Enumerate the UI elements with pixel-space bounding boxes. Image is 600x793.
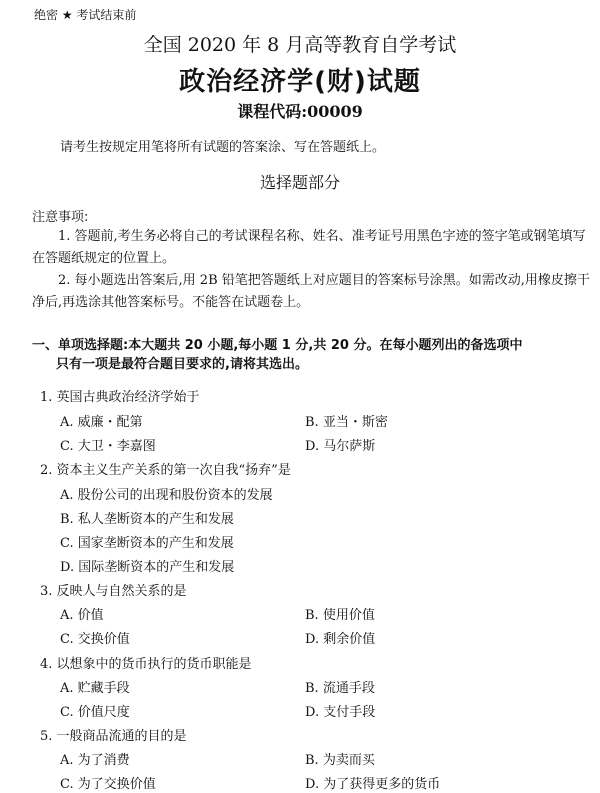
section-heading: 选择题部分 <box>0 170 600 193</box>
question-5-option-d: D. 为了获得更多的货币 <box>305 773 440 792</box>
note-item-2: 2. 每小题选出答案后,用 2B 铅笔把答题纸上对应题目的答案标号涂黑。如需改动… <box>32 270 592 314</box>
confidential-label: 绝密 ★ 考试结束前 <box>34 6 136 23</box>
question-3-option-d: D. 剩余价值 <box>305 628 375 647</box>
question-2-option-d: D. 国际垄断资本的产生和发展 <box>60 556 234 575</box>
question-4-option-c: C. 价值尺度 <box>60 701 130 720</box>
question-2-stem: 2. 资本主义生产关系的第一次自我“扬弃”是 <box>40 459 291 478</box>
question-4-option-b: B. 流通手段 <box>305 677 375 696</box>
question-4-option-d: D. 支付手段 <box>305 701 375 720</box>
course-code: 课程代码:00009 <box>0 99 600 122</box>
question-5-option-c: C. 为了交换价值 <box>60 773 156 792</box>
question-4-option-a: A. 贮藏手段 <box>60 677 130 696</box>
note-item-1: 1. 答题前,考生务必将自己的考试课程名称、姓名、准考证号用黑色字迹的签字笔或钢… <box>32 226 592 270</box>
question-3-option-b: B. 使用价值 <box>305 604 375 623</box>
question-4-stem: 4. 以想象中的货币执行的货币职能是 <box>40 653 252 672</box>
question-1-option-d: D. 马尔萨斯 <box>305 435 375 454</box>
question-2-option-b: B. 私人垄断资本的产生和发展 <box>60 508 234 527</box>
question-1-stem: 1. 英国古典政治经济学始于 <box>40 386 200 405</box>
question-5-stem: 5. 一般商品流通的目的是 <box>40 725 187 744</box>
question-5-option-a: A. 为了消费 <box>60 749 130 768</box>
question-2-option-c: C. 国家垄断资本的产生和发展 <box>60 532 234 551</box>
question-1-option-b: B. 亚当・斯密 <box>305 411 388 430</box>
question-1-option-a: A. 威廉・配第 <box>60 411 143 430</box>
question-2-option-a: A. 股份公司的出现和股份资本的发展 <box>60 484 273 503</box>
notes-label: 注意事项: <box>32 206 88 225</box>
question-3-stem: 3. 反映人与自然关系的是 <box>40 580 187 599</box>
question-1-option-c: C. 大卫・李嘉图 <box>60 435 156 454</box>
part-one-heading-line1: 一、单项选择题:本大题共 20 小题,每小题 1 分,共 20 分。在每小题列出… <box>32 338 522 353</box>
subject-title: 政治经济学(财)试题 <box>0 61 600 98</box>
part-one-heading: 一、单项选择题:本大题共 20 小题,每小题 1 分,共 20 分。在每小题列出… <box>32 336 522 374</box>
answer-instruction: 请考生按规定用笔将所有试题的答案涂、写在答题纸上。 <box>60 136 385 155</box>
question-3-option-a: A. 价值 <box>60 604 104 623</box>
part-one-heading-line2: 只有一项是最符合题目要求的,请将其选出。 <box>32 355 522 374</box>
question-5-option-b: B. 为卖而买 <box>305 749 375 768</box>
exam-title: 全国 2020 年 8 月高等教育自学考试 <box>0 30 600 57</box>
question-3-option-c: C. 交换价值 <box>60 628 130 647</box>
